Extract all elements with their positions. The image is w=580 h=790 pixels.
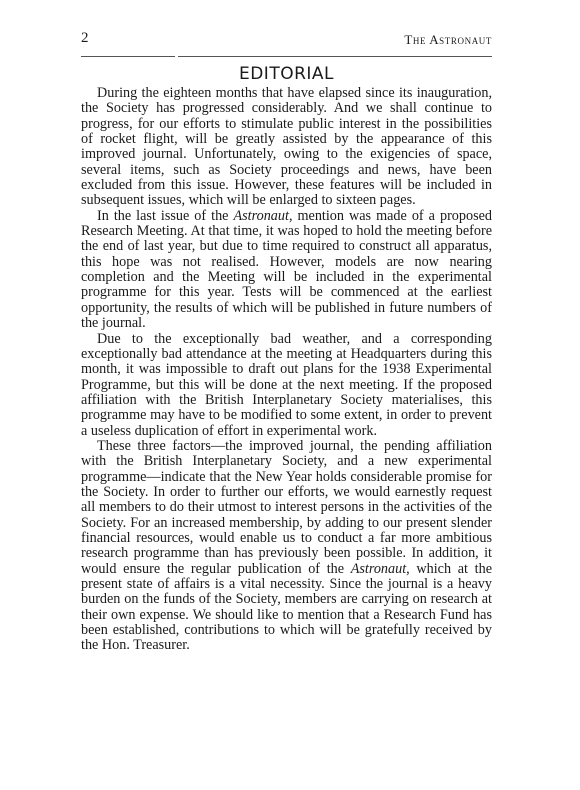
header-rule-right xyxy=(178,56,492,57)
paragraph-4: These three factors—the improved journal… xyxy=(81,439,492,654)
paragraph-text: These three factors—the improved journal… xyxy=(81,438,492,577)
article-body: During the eighteen months that have ela… xyxy=(81,86,492,654)
paragraph-text: In the last issue of the xyxy=(97,208,233,224)
journal-title: The Astronaut xyxy=(404,32,492,48)
article-title: EDITORIAL xyxy=(81,63,492,85)
journal-name-italic: Astronaut xyxy=(351,561,406,577)
running-head: 2 The Astronaut xyxy=(81,28,492,48)
paragraph-1: During the eighteen months that have ela… xyxy=(81,86,492,209)
journal-name-italic: Astronaut xyxy=(233,208,288,224)
paragraph-text: , mention was made of a proposed Researc… xyxy=(81,208,492,331)
paragraph-2: In the last issue of the Astronaut, ment… xyxy=(81,209,492,332)
journal-page: 2 The Astronaut EDITORIAL During the eig… xyxy=(81,28,492,654)
paragraph-text: Due to the exceptionally bad weather, an… xyxy=(81,331,492,439)
header-rule xyxy=(81,56,492,57)
paragraph-3: Due to the exceptionally bad weather, an… xyxy=(81,332,492,439)
header-rule-left xyxy=(81,56,175,57)
paragraph-text: During the eighteen months that have ela… xyxy=(81,85,492,208)
page-number: 2 xyxy=(81,30,89,47)
